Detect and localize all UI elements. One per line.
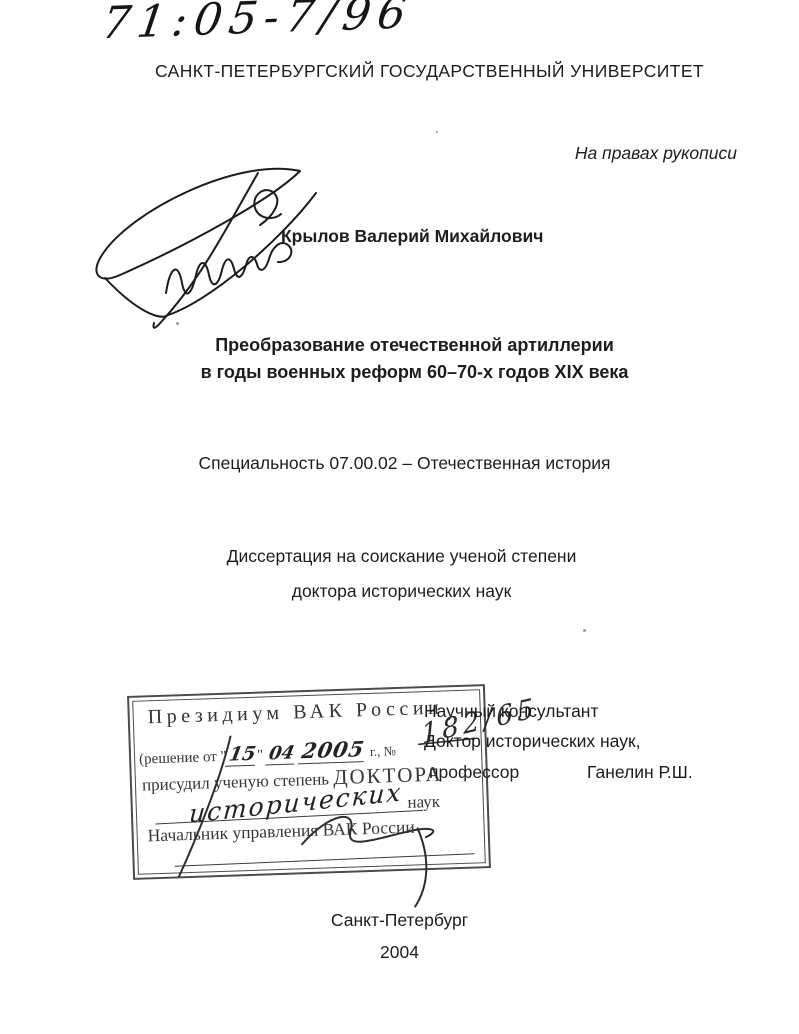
archive-number-handwritten: 71:05-7/96 <box>99 0 417 49</box>
thesis-type-line-1: Диссертация на соискание ученой степени <box>0 546 799 568</box>
title-line-2: в годы военных реформ 60–70-х годов XIX … <box>30 359 799 386</box>
author-name: Крылов Валерий Михайлович <box>281 226 543 248</box>
dissertation-title-page: 71:05-7/96 САНКТ-ПЕТЕРБУРГСКИЙ ГОСУДАРСТ… <box>0 0 799 1034</box>
manuscript-note: На правах рукописи <box>575 143 737 165</box>
author-signature <box>88 163 333 333</box>
publication-city: Санкт-Петербург <box>0 910 799 932</box>
thesis-type-line-2: доктора исторических наук <box>0 581 799 603</box>
consultant-name: Ганелин Р.Ш. <box>587 762 693 784</box>
consultant-degree: Доктор исторических наук, <box>424 731 640 753</box>
specialty-line: Специальность 07.00.02 – Отечественная и… <box>0 453 799 475</box>
scan-speck <box>176 322 179 325</box>
publication-year: 2004 <box>0 942 799 964</box>
university-header: САНКТ-ПЕТЕРБУРГСКИЙ ГОСУДАРСТВЕННЫЙ УНИВ… <box>155 61 704 83</box>
scan-speck <box>583 629 586 632</box>
dissertation-title: Преобразование отечественной артиллерии … <box>0 332 799 386</box>
title-line-1: Преобразование отечественной артиллерии <box>30 332 799 359</box>
stamp-slash-stroke <box>174 737 235 877</box>
consultant-label: Научный консультант <box>424 701 598 723</box>
consultant-rank: профессор <box>429 762 519 784</box>
scan-speck <box>436 131 438 133</box>
